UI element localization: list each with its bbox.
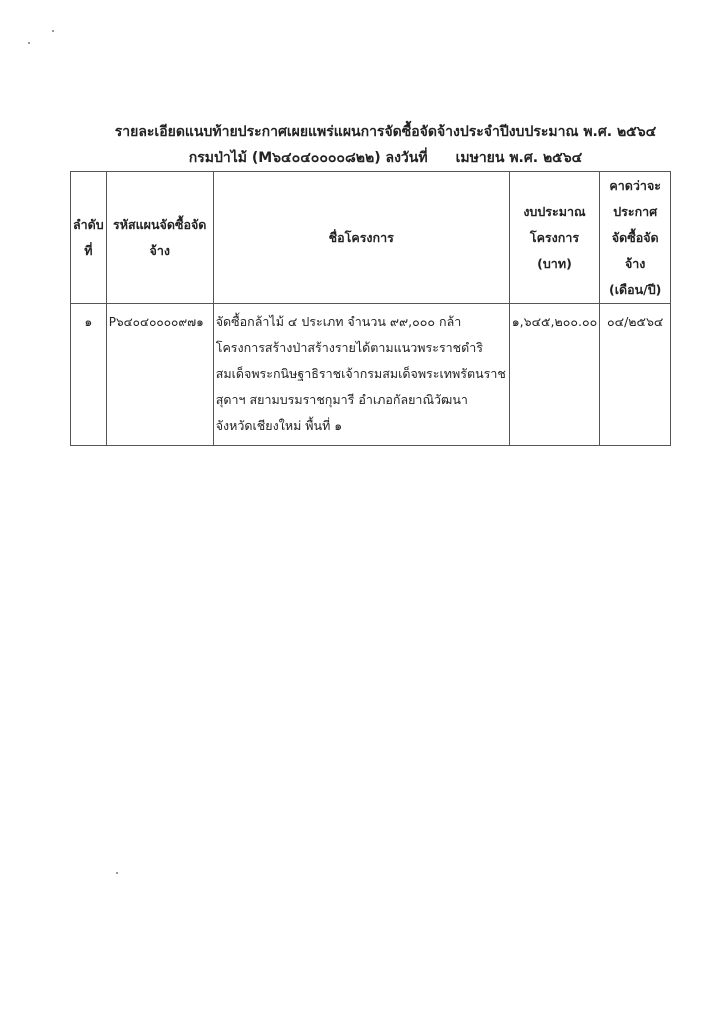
- scan-speck: [28, 42, 30, 44]
- table-row: ๑ P๖๔๐๔๐๐๐๐๙๗๑ จัดซื้อกล้าไม้ ๔ ประเภท จ…: [71, 304, 671, 446]
- document-title: รายละเอียดแนบท้ายประกาศเผยแพร่แผนการจัดซ…: [22, 123, 727, 141]
- header-expected-date: คาดว่าจะ ประกาศ จัดซื้อจัด จ้าง (เดือน/ป…: [600, 172, 671, 304]
- cell-plan-code: P๖๔๐๔๐๐๐๐๙๗๑: [106, 304, 213, 446]
- header-project-name: ชื่อโครงการ: [213, 172, 509, 304]
- header-budget: งบประมาณ โครงการ (บาท): [509, 172, 599, 304]
- procurement-plan-table: ลำดับ ที่ รหัสแผนจัดซื้อจัด จ้าง ชื่อโคร…: [70, 171, 671, 446]
- table-header-row: ลำดับ ที่ รหัสแผนจัดซื้อจัด จ้าง ชื่อโคร…: [71, 172, 671, 304]
- header-plan-code: รหัสแผนจัดซื้อจัด จ้าง: [106, 172, 213, 304]
- header-no: ลำดับ ที่: [71, 172, 107, 304]
- scan-speck: [116, 872, 118, 874]
- cell-budget: ๑,๖๔๕,๒๐๐.๐๐: [509, 304, 599, 446]
- cell-no: ๑: [71, 304, 107, 446]
- cell-expected-date: ๐๔/๒๕๖๔: [600, 304, 671, 446]
- cell-project-name: จัดซื้อกล้าไม้ ๔ ประเภท จำนวน ๙๙,๐๐๐ กล้…: [213, 304, 509, 446]
- document-subtitle: กรมป่าไม้ (M๖๔๐๔๐๐๐๐๘๒๒) ลงวันที่เมษายน …: [22, 149, 727, 167]
- scan-speck: [52, 30, 54, 32]
- subtitle-agency: กรมป่าไม้ (M๖๔๐๔๐๐๐๐๘๒๒) ลงวันที่: [189, 150, 428, 166]
- subtitle-date: เมษายน พ.ศ. ๒๕๖๔: [456, 150, 583, 166]
